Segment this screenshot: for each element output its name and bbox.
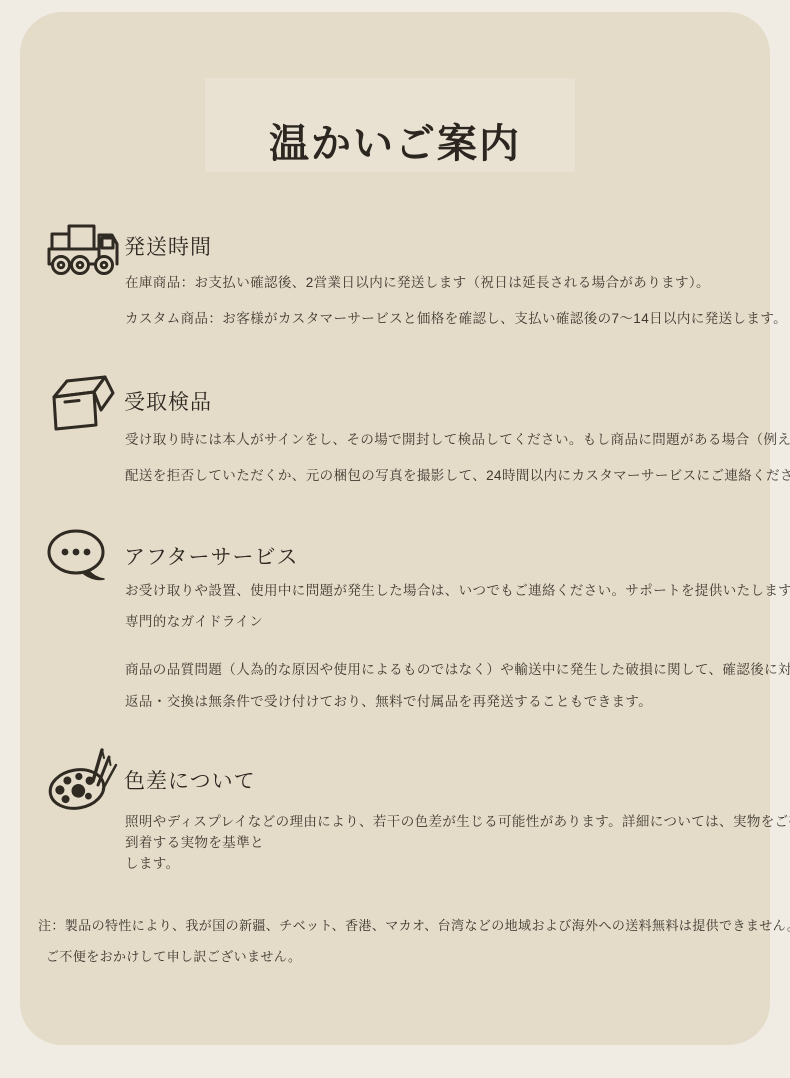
- body-line: お受け取りや設置、使用中に問題が発生した場合は、いつでもご連絡ください。サポート…: [125, 575, 790, 606]
- body-line: 配送を拒否していただくか、元の梱包の写真を撮影して、24時間以内にカスタマーサー…: [125, 458, 790, 494]
- palette-icon: [45, 745, 125, 813]
- section-heading: 受取検品: [124, 386, 212, 416]
- section-body: 在庫商品：お支払い確認後、2営業日以内に発送します（祝日は延長される場合がありま…: [125, 265, 787, 337]
- section-body: 照明やディスプレイなどの理由により、若干の色差が生じる可能性があります。詳細につ…: [125, 811, 790, 874]
- body-line: 返品・交換は無条件で受け付けており、無料で付属品を再発送することもできます。: [125, 685, 790, 717]
- footnote-line: ご不便をおかけして申し訳ございません。: [46, 946, 301, 965]
- section-heading: アフターサービス: [124, 541, 299, 571]
- body-line: 照明やディスプレイなどの理由により、若干の色差が生じる可能性があります。詳細につ…: [125, 811, 790, 832]
- box-icon: [45, 372, 117, 434]
- section-heading: 発送時間: [124, 231, 212, 261]
- body-line: 在庫商品：お支払い確認後、2営業日以内に発送します（祝日は延長される場合がありま…: [125, 265, 787, 301]
- section-heading: 色差について: [124, 765, 256, 795]
- footnote-line: 注：製品の特性により、我が国の新疆、チベット、香港、マカオ、台湾などの地域および…: [38, 915, 790, 934]
- body-line: 専門的なガイドライン: [125, 606, 790, 637]
- page-title: 温かいご案内: [20, 112, 770, 169]
- truck-icon: [45, 219, 121, 277]
- section-body: お受け取りや設置、使用中に問題が発生した場合は、いつでもご連絡ください。サポート…: [125, 575, 790, 637]
- body-line: 商品の品質問題（人為的な原因や使用によるものではなく）や輸送中に発生した破損に関…: [125, 653, 790, 685]
- info-card: 温かいご案内 発送時間 在庫商品：お支払い確認後、2営業日以内に発送します（祝日…: [20, 12, 770, 1045]
- section-body: 受け取り時には本人がサインをし、その場で開封して検品してください。もし商品に問題…: [125, 422, 790, 494]
- page: { "page": { "title": "温かいご案内", "colors":…: [0, 0, 790, 1078]
- body-line: 受け取り時には本人がサインをし、その場で開封して検品してください。もし商品に問題…: [125, 422, 790, 458]
- body-line: カスタム商品：お客様がカスタマーサービスと価格を確認し、支払い確認後の7～14日…: [125, 301, 787, 337]
- chat-bubble-icon: [45, 527, 113, 585]
- body-line: します。: [125, 853, 790, 874]
- body-line: 到着する実物を基準と: [125, 832, 790, 853]
- section-paragraph: 商品の品質問題（人為的な原因や使用によるものではなく）や輸送中に発生した破損に関…: [125, 653, 790, 717]
